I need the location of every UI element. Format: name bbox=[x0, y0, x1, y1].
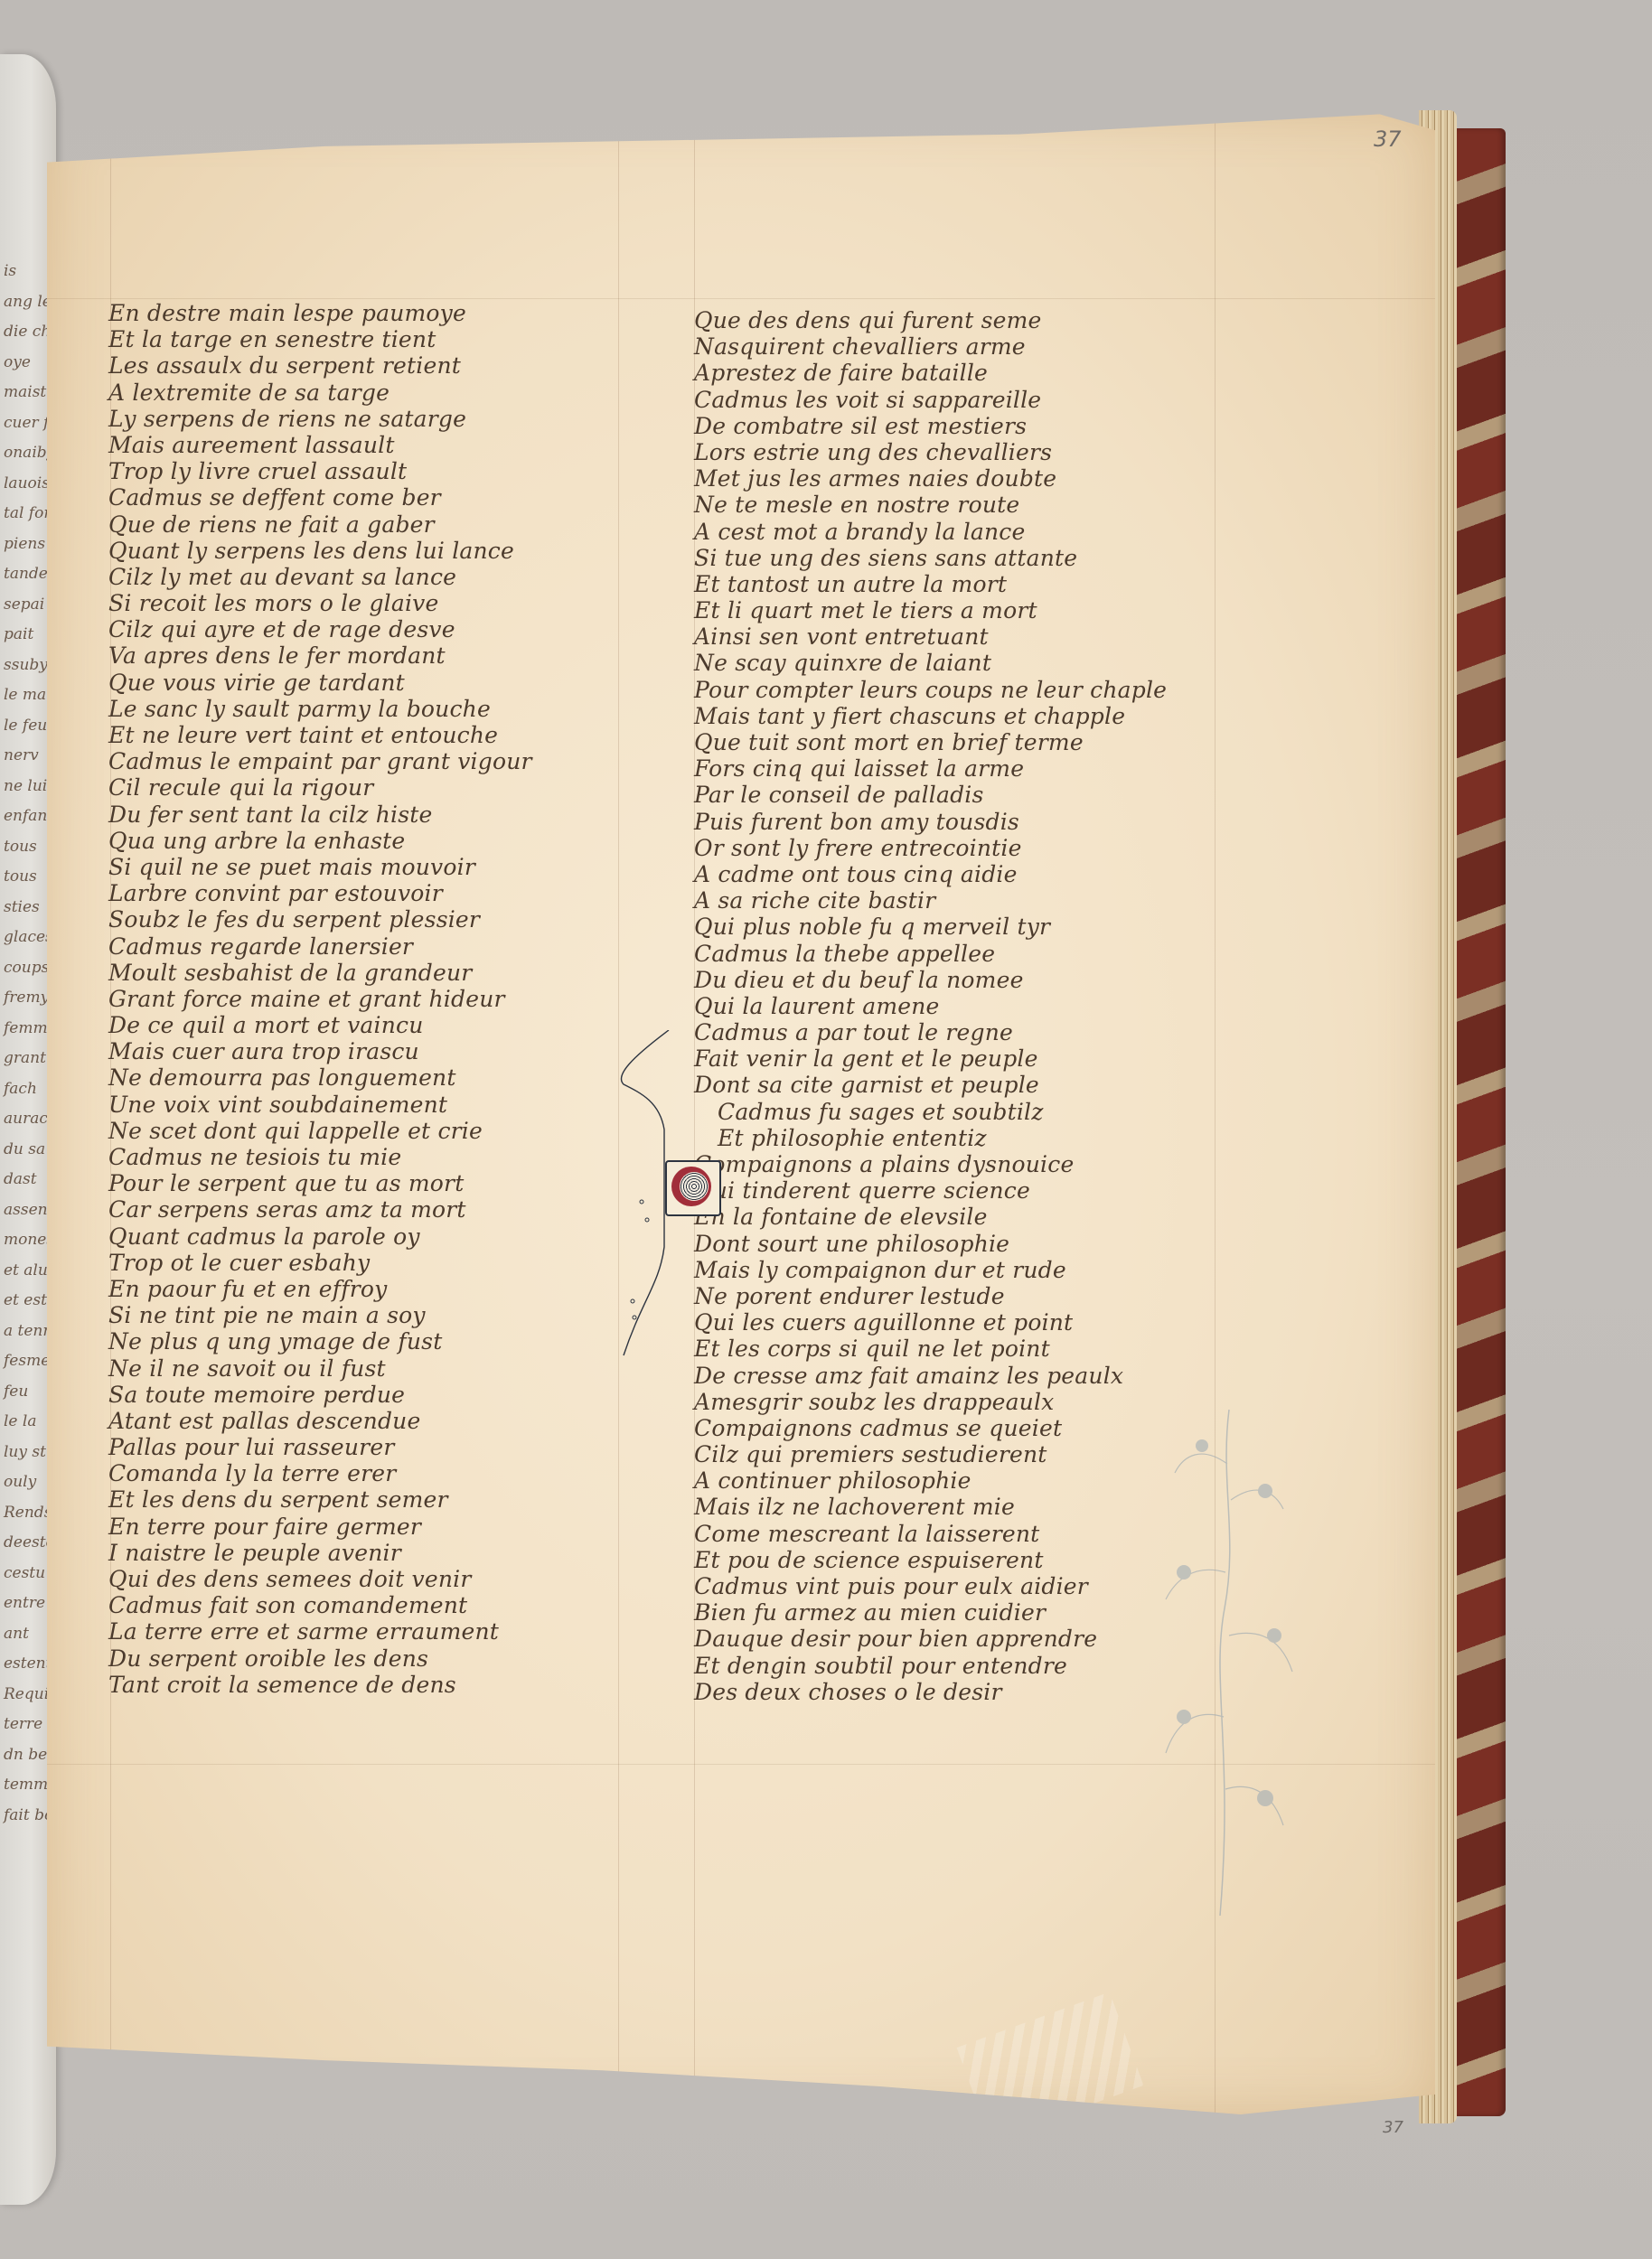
verse-line: Ne demourra pas longuement bbox=[108, 1064, 615, 1091]
verse-line: Va apres dens le fer mordant bbox=[108, 642, 615, 669]
verse-line: Qui plus noble fu q merveil tyr bbox=[694, 914, 1200, 940]
bleed-through-floral-icon bbox=[1148, 1410, 1301, 1916]
verse-line: Cadmus a par tout le regne bbox=[694, 1019, 1200, 1045]
verse-line: Ainsi sen vont entretuant bbox=[694, 623, 1200, 650]
verse-line: Trop ly livre cruel assault bbox=[108, 458, 615, 484]
verse-line: Lors estrie ung des chevalliers bbox=[694, 439, 1200, 465]
verse-line: Nasquirent chevalliers arme bbox=[694, 333, 1200, 360]
verse-line: Comanda ly la terre erer bbox=[108, 1460, 615, 1486]
verse-line: Qui tinderent querre science bbox=[694, 1177, 1200, 1204]
verse-line: Pour compter leurs coups ne leur chaple bbox=[694, 677, 1200, 703]
verse-line: Mais cuer aura trop irascu bbox=[108, 1038, 615, 1064]
verse-line: Mais aureement lassault bbox=[108, 432, 615, 458]
verse-line: Que vous virie ge tardant bbox=[108, 670, 615, 696]
verse-line: Ne scay quinxre de laiant bbox=[694, 650, 1200, 676]
verse-line: Qui la laurent amene bbox=[694, 993, 1200, 1019]
verse-line: Car serpens seras amz ta mort bbox=[108, 1196, 615, 1223]
verse-line: Ne te mesle en nostre route bbox=[694, 492, 1200, 518]
verse-line: A cadme ont tous cinq aidie bbox=[694, 861, 1200, 887]
verse-line: Des deux choses o le desir bbox=[694, 1679, 1200, 1705]
verse-line: Quant ly serpens les dens lui lance bbox=[108, 538, 615, 564]
verse-line: Cilz qui premiers sestudierent bbox=[694, 1441, 1200, 1467]
verse-line: A lextremite de sa targe bbox=[108, 380, 615, 406]
verse-line: A sa riche cite bastir bbox=[694, 887, 1200, 914]
verse-line: Et ne leure vert taint et entouche bbox=[108, 722, 615, 748]
verse-line: Cadmus fu sages et soubtilz bbox=[694, 1099, 1200, 1125]
verse-line: Par le conseil de palladis bbox=[694, 782, 1200, 808]
verse-line: Pallas pour lui rasseurer bbox=[108, 1434, 615, 1460]
verse-line: Si recoit les mors o le glaive bbox=[108, 590, 615, 616]
verse-line: Et philosophie ententiz bbox=[694, 1125, 1200, 1151]
ruling-line bbox=[47, 298, 1435, 299]
verse-line: En la fontaine de elevsile bbox=[694, 1204, 1200, 1230]
verse-line: Et les dens du serpent semer bbox=[108, 1486, 615, 1513]
verse-line: Une voix vint soubdainement bbox=[108, 1092, 615, 1118]
verse-line: Et la targe en senestre tient bbox=[108, 326, 615, 352]
verse-line: Dont sa cite garnist et peuple bbox=[694, 1072, 1200, 1098]
verse-line: Si ne tint pie ne main a soy bbox=[108, 1302, 615, 1328]
verse-line: Puis furent bon amy tousdis bbox=[694, 809, 1200, 835]
verse-line: Quant cadmus la parole oy bbox=[108, 1223, 615, 1250]
verse-line: Mais tant y fiert chascuns et chapple bbox=[694, 703, 1200, 729]
verse-line: Qui les cuers aguillonne et point bbox=[694, 1309, 1200, 1336]
verse-line: Amesgrir soubz les drappeaulx bbox=[694, 1389, 1200, 1415]
verse-line: De ce quil a mort et vaincu bbox=[108, 1012, 615, 1038]
verse-line: Du serpent oroible les dens bbox=[108, 1645, 615, 1672]
verse-line: Et les corps si quil ne let point bbox=[694, 1336, 1200, 1362]
verse-line: Cadmus se deffent come ber bbox=[108, 484, 615, 511]
left-text-column: En destre main lespe paumoyeEt la targe … bbox=[108, 300, 615, 1698]
verse-line: Bien fu armez au mien cuidier bbox=[694, 1599, 1200, 1626]
folio-number: 37 bbox=[1374, 127, 1402, 152]
verse-line: Sa toute memoire perdue bbox=[108, 1382, 615, 1408]
verse-line: Que tuit sont mort en brief terme bbox=[694, 729, 1200, 755]
verse-line: Cadmus le empaint par grant vigour bbox=[108, 748, 615, 774]
verse-line: Ly serpens de riens ne satarge bbox=[108, 406, 615, 432]
verse-line: Compaignons a plains dysnouice bbox=[694, 1151, 1200, 1177]
verse-line: Come mescreant la laisserent bbox=[694, 1521, 1200, 1547]
verse-line: De cresse amz fait amainz les peaulx bbox=[694, 1363, 1200, 1389]
verse-line: Compaignons cadmus se queiet bbox=[694, 1415, 1200, 1441]
verse-line: Que de riens ne fait a gaber bbox=[108, 511, 615, 538]
initial-spiral-icon bbox=[680, 1172, 709, 1201]
verse-line: Ne il ne savoit ou il fust bbox=[108, 1355, 615, 1382]
verse-line: Trop ot le cuer esbahy bbox=[108, 1250, 615, 1276]
verse-line: Du fer sent tant la cilz histe bbox=[108, 801, 615, 828]
verse-line: Cadmus ne tesiois tu mie bbox=[108, 1144, 615, 1170]
verse-line: De combatre sil est mestiers bbox=[694, 413, 1200, 439]
water-stain bbox=[957, 1992, 1144, 2142]
verse-line: Tant croit la semence de dens bbox=[108, 1672, 615, 1698]
verse-line: Cadmus fait son comandement bbox=[108, 1592, 615, 1618]
verse-line: Cadmus les voit si sappareille bbox=[694, 387, 1200, 413]
verse-line: Larbre convint par estouvoir bbox=[108, 880, 615, 906]
verse-line: Le sanc ly sault parmy la bouche bbox=[108, 696, 615, 722]
verse-line: Mais ilz ne lachoverent mie bbox=[694, 1494, 1200, 1520]
verse-line: A continuer philosophie bbox=[694, 1467, 1200, 1494]
verse-line: Dont sourt une philosophie bbox=[694, 1231, 1200, 1257]
verse-line: Si tue ung des siens sans attante bbox=[694, 545, 1200, 571]
verse-line: Or sont ly frere entrecointie bbox=[694, 835, 1200, 861]
verse-line: Aprestez de faire bataille bbox=[694, 360, 1200, 386]
verse-line: Ne plus q ung ymage de fust bbox=[108, 1328, 615, 1354]
verse-line: Mais ly compaignon dur et rude bbox=[694, 1257, 1200, 1283]
verse-line: Fait venir la gent et le peuple bbox=[694, 1045, 1200, 1072]
verse-line: Et tantost un autre la mort bbox=[694, 571, 1200, 597]
decorated-initial bbox=[665, 1160, 721, 1216]
verse-line: I naistre le peuple avenir bbox=[108, 1540, 615, 1566]
verse-line: Qua ung arbre la enhaste bbox=[108, 828, 615, 854]
verse-line: Grant force maine et grant hideur bbox=[108, 986, 615, 1012]
verse-line: La terre erre et sarme erraument bbox=[108, 1618, 615, 1645]
verse-line: Et dengin soubtil pour entendre bbox=[694, 1653, 1200, 1679]
folio-number-bottom: 37 bbox=[1383, 2118, 1403, 2137]
verse-line: Fors cinq qui laisset la arme bbox=[694, 755, 1200, 782]
verse-line: Que des dens qui furent seme bbox=[694, 307, 1200, 333]
verse-line: Qui des dens semees doit venir bbox=[108, 1566, 615, 1592]
verse-line: En terre pour faire germer bbox=[108, 1514, 615, 1540]
verse-line: Cadmus vint puis pour eulx aidier bbox=[694, 1573, 1200, 1599]
verse-line: Et pou de science espuiserent bbox=[694, 1547, 1200, 1573]
verse-line: Met jus les armes naies doubte bbox=[694, 465, 1200, 492]
verse-line: Dauque desir pour bien apprendre bbox=[694, 1626, 1200, 1652]
verse-line: Si quil ne se puet mais mouvoir bbox=[108, 854, 615, 880]
verse-line: En paour fu et en effroy bbox=[108, 1276, 615, 1302]
verse-line: Cilz ly met au devant sa lance bbox=[108, 564, 615, 590]
verse-line: Soubz le fes du serpent plessier bbox=[108, 906, 615, 933]
verse-line: Du dieu et du beuf la nomee bbox=[694, 967, 1200, 993]
verse-line: Pour le serpent que tu as mort bbox=[108, 1170, 615, 1196]
verse-line: Les assaulx du serpent retient bbox=[108, 352, 615, 379]
verse-line: Ne scet dont qui lappelle et crie bbox=[108, 1118, 615, 1144]
verse-line: Cilz qui ayre et de rage desve bbox=[108, 616, 615, 642]
verse-line: Atant est pallas descendue bbox=[108, 1408, 615, 1434]
verse-line: Moult sesbahist de la grandeur bbox=[108, 960, 615, 986]
verse-line: Cadmus regarde lanersier bbox=[108, 933, 615, 960]
verse-line: Cil recule qui la rigour bbox=[108, 774, 615, 801]
verse-line: Cadmus la thebe appellee bbox=[694, 941, 1200, 967]
verse-line: A cest mot a brandy la lance bbox=[694, 519, 1200, 545]
verse-line: En destre main lespe paumoye bbox=[108, 300, 615, 326]
right-text-column: Que des dens qui furent semeNasquirent c… bbox=[694, 307, 1200, 1705]
verse-line: Et li quart met le tiers a mort bbox=[694, 597, 1200, 623]
verse-line: Ne porent endurer lestude bbox=[694, 1283, 1200, 1309]
